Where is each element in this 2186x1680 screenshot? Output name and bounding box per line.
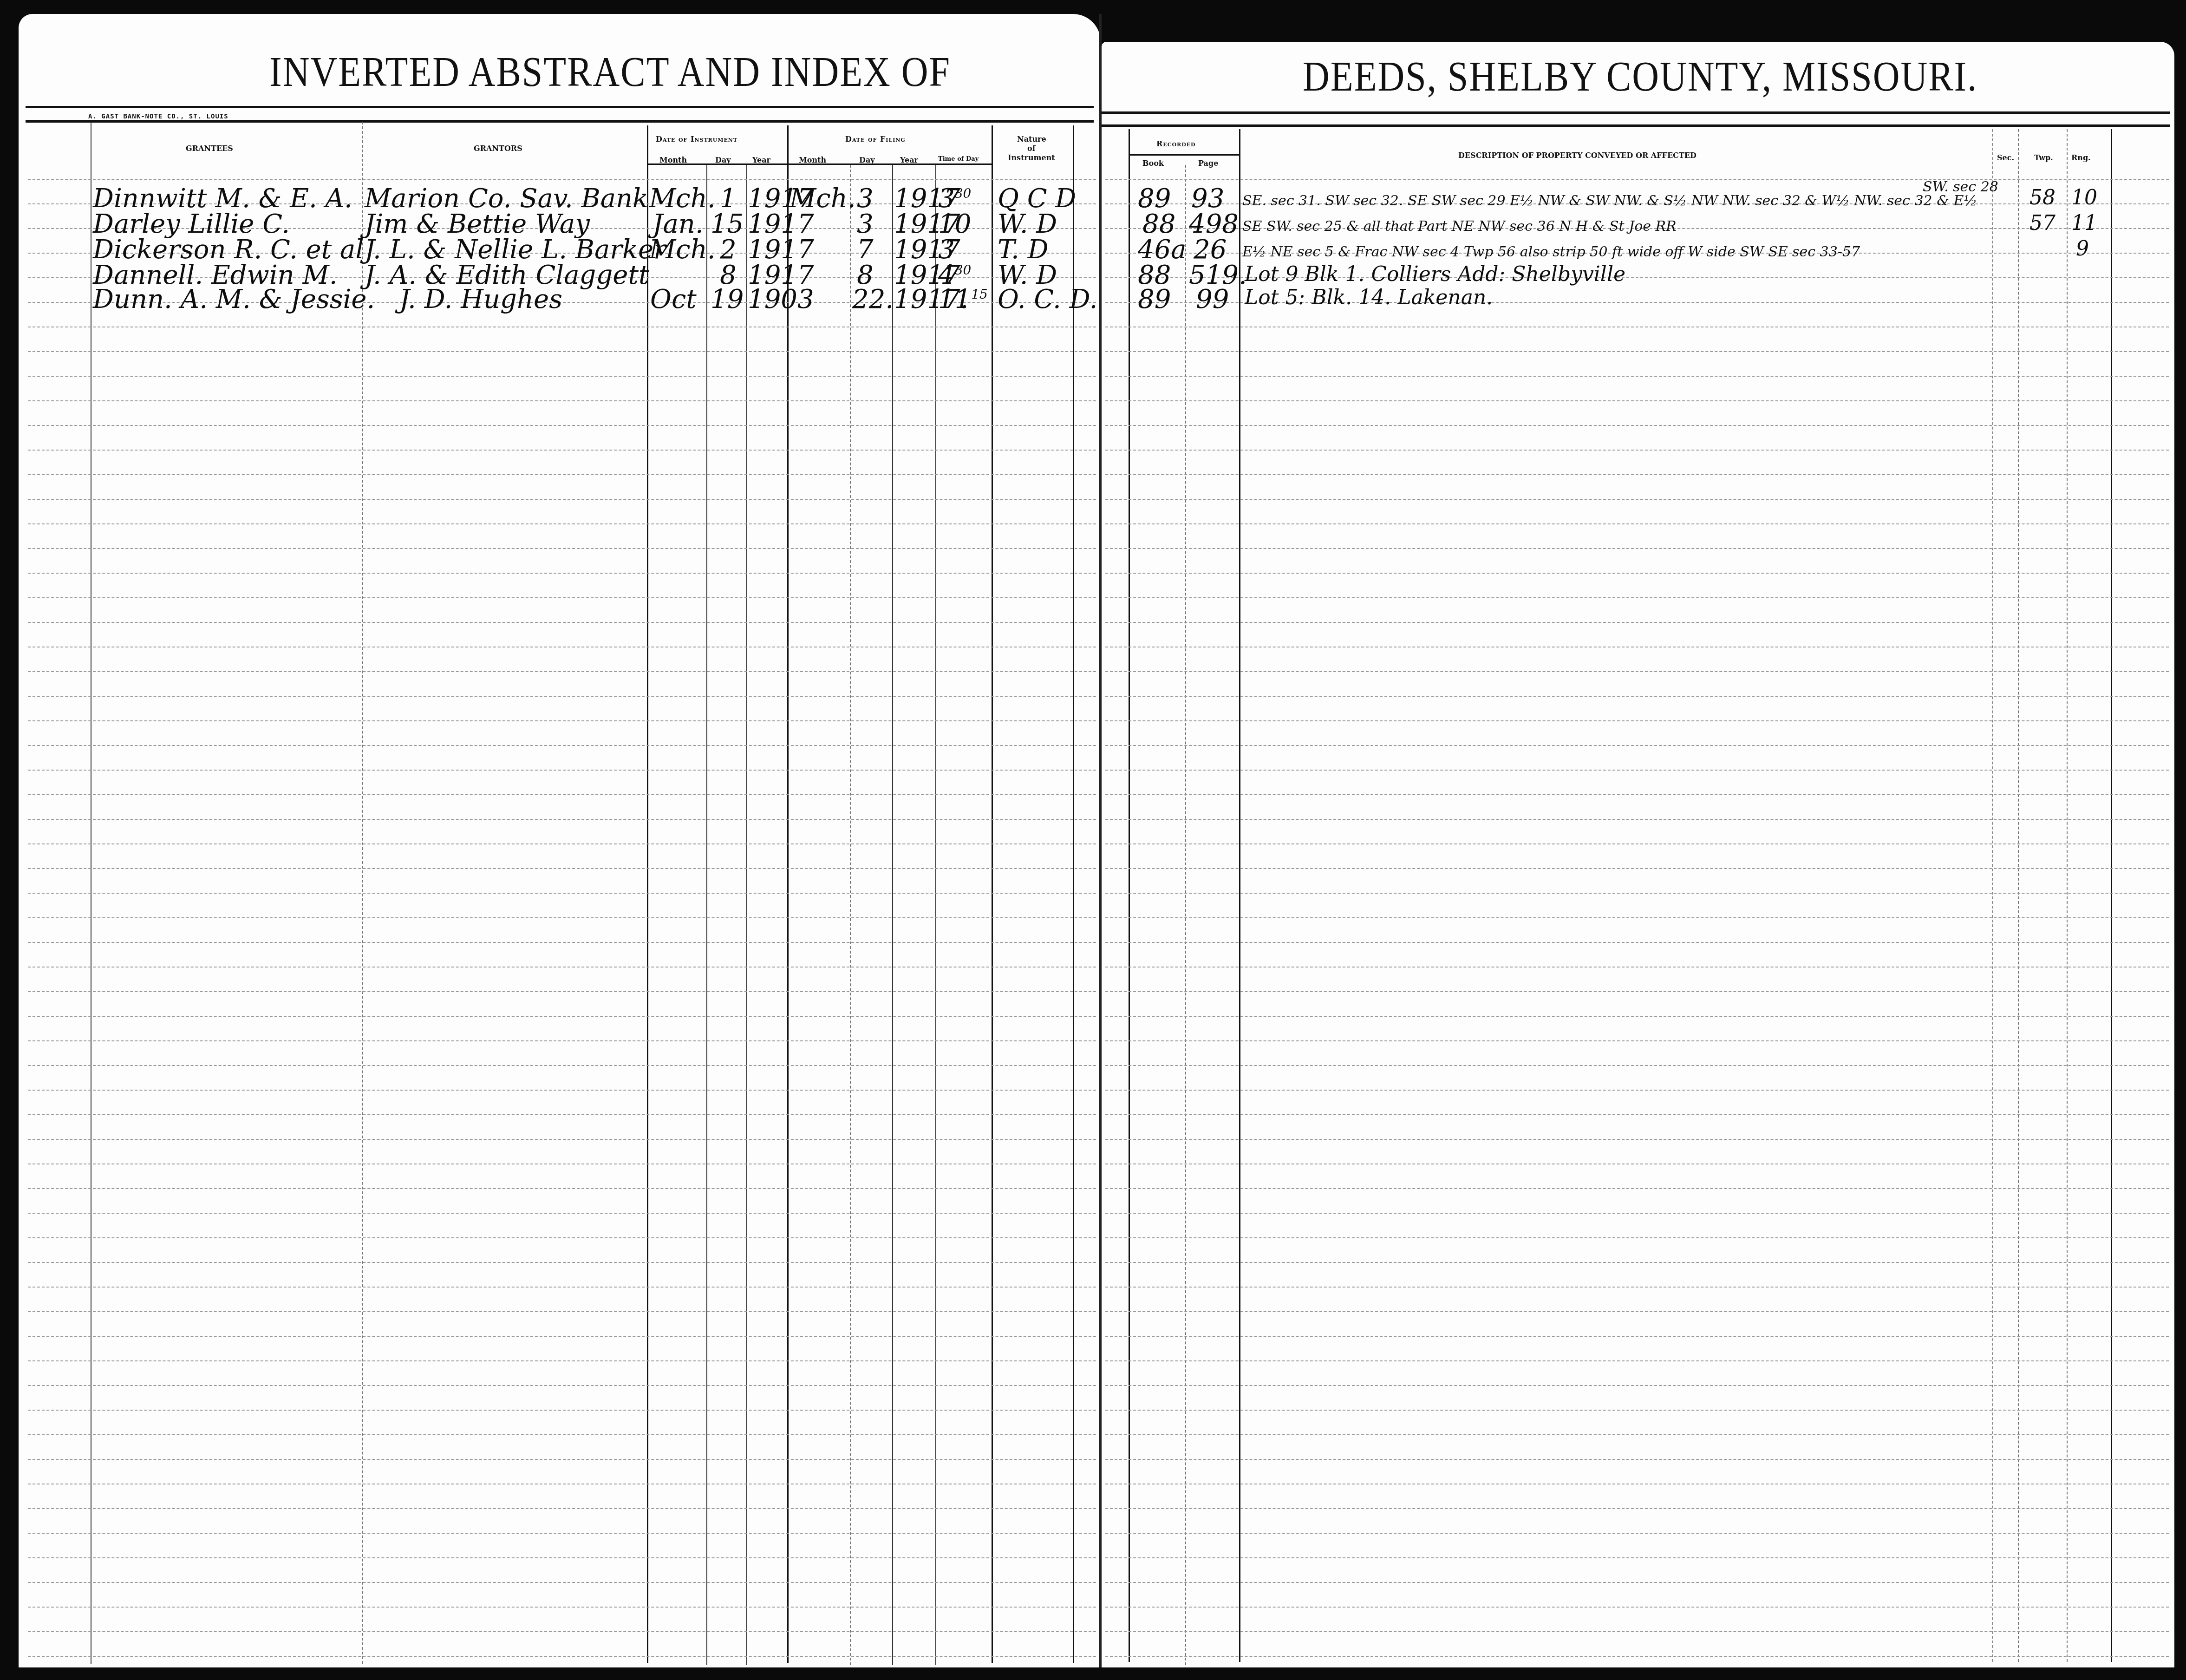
header-rng: Rng. (2071, 153, 2091, 162)
rng: 9 (2076, 237, 2089, 261)
twp-divider (2018, 129, 2019, 1662)
ruled-line (28, 1065, 1096, 1066)
ruled-line (28, 1188, 1096, 1189)
nature-right-border (1073, 125, 1074, 1663)
ruled-line (1105, 1213, 2169, 1214)
ruled-line (1105, 720, 2169, 721)
ruled-line (28, 720, 1096, 721)
ruled-line (28, 573, 1096, 574)
fil-time-hour: 11 (938, 284, 971, 314)
ruled-line (1105, 1237, 2169, 1238)
book-gutter (1099, 14, 1102, 1667)
ruled-line (28, 819, 1096, 820)
ruled-line (1105, 376, 2169, 377)
fil-time-minutes: 15 (971, 287, 988, 302)
ruled-line (1105, 1336, 2169, 1337)
rng: 10 (2071, 186, 2097, 209)
ruled-line (1105, 696, 2169, 697)
ruled-line (28, 843, 1096, 844)
ruled-line (1105, 868, 2169, 869)
ruled-line (1105, 991, 2169, 992)
ruled-line (28, 1114, 1096, 1115)
ruled-line (1105, 1164, 2169, 1164)
ruled-line (28, 1607, 1096, 1608)
ruled-line (1105, 597, 2169, 598)
header-recorded: Recorded (1156, 139, 1196, 148)
header-grantees: GRANTEES (186, 144, 233, 153)
book-page-divider (1185, 165, 1186, 1665)
ruled-line (28, 474, 1096, 475)
ruled-line (28, 917, 1096, 918)
inst-month: Mch. (649, 235, 716, 265)
ruled-line (1105, 1582, 2169, 1583)
ruled-line (28, 1385, 1096, 1386)
ruled-line (28, 597, 1096, 598)
rng-right-border (2111, 129, 2112, 1662)
ruled-line (28, 1040, 1096, 1041)
ruled-line (1105, 523, 2169, 524)
ruled-line (28, 1336, 1096, 1337)
description: Lot 5: Blk. 14. Lakenan. (1245, 286, 1493, 309)
ruled-line (28, 400, 1096, 401)
page-title-right: DEEDS, SHELBY COUNTY, MISSOURI. (1303, 52, 1977, 101)
ruled-line (1105, 1311, 2169, 1312)
ruled-line (1105, 671, 2169, 672)
ruled-line (1105, 1040, 2169, 1041)
rng-divider (2067, 129, 2068, 1662)
ruled-line (28, 1459, 1096, 1460)
header-page: Page (1198, 159, 1218, 168)
sec-divider (1992, 129, 1993, 1662)
header-nature-1: Nature (1017, 135, 1046, 144)
fil-day: 22. (852, 284, 894, 314)
ruled-line (28, 1262, 1096, 1263)
ruled-line (28, 1287, 1096, 1288)
header-fil-year: Year (900, 156, 918, 164)
ruled-line (1105, 1360, 2169, 1361)
ruled-line (28, 1311, 1096, 1312)
ruled-line (1105, 573, 2169, 574)
ruled-line (28, 351, 1096, 352)
ruled-line (1105, 400, 2169, 401)
header-grantors: GRANTORS (474, 144, 522, 153)
header-rule-bottom-right (1102, 124, 2170, 127)
ruled-line (1105, 1262, 2169, 1263)
ruled-line (1105, 548, 2169, 549)
ruled-line (1105, 745, 2169, 746)
ruled-line (28, 770, 1096, 771)
col-divider (706, 165, 707, 1665)
ruled-line (1105, 450, 2169, 451)
ruled-line (1105, 1484, 2169, 1484)
col-divider (850, 165, 851, 1665)
description: SE SW. sec 25 & all that Part NE NW sec … (1242, 218, 1677, 235)
ruled-line (28, 622, 1096, 623)
ruled-line (28, 647, 1096, 647)
description-note: SW. sec 28 (1923, 179, 1998, 195)
ruled-line (28, 1090, 1096, 1091)
ruled-line (28, 794, 1096, 795)
header-time-of-day: Time of Day (938, 156, 979, 163)
ruled-line (28, 450, 1096, 451)
ruled-line (28, 696, 1096, 697)
ruled-line (1105, 1114, 2169, 1115)
ruled-line (1105, 1065, 2169, 1066)
description: E½ NE sec 5 & Frac NW sec 4 Twp 56 also … (1242, 244, 1860, 260)
ruled-line (1105, 942, 2169, 943)
ruled-line (28, 1237, 1096, 1238)
ruled-line (1105, 770, 2169, 771)
ruled-line (1105, 967, 2169, 967)
ruled-line (28, 1360, 1096, 1361)
header-date-filing: Date of Filing (845, 135, 906, 144)
ruled-line (28, 893, 1096, 894)
header-fil-month: Month (799, 156, 826, 164)
ruled-line (28, 179, 1096, 180)
header-book: Book (1142, 159, 1164, 168)
ruled-line (28, 1557, 1096, 1558)
book: 89 (1138, 284, 1171, 314)
ruled-line (1105, 1557, 2169, 1558)
nature-left-border (992, 125, 993, 1663)
ruled-line (1105, 647, 2169, 647)
header-nature-2: of (1027, 144, 1036, 153)
page: 99 (1196, 284, 1229, 314)
ruled-line (28, 1164, 1096, 1164)
ruled-line (1105, 1656, 2169, 1657)
grantee: Dunn. A. M. & Jessie. (93, 284, 375, 314)
fil-time: 1115 (938, 284, 988, 314)
ruled-line (1105, 1016, 2169, 1017)
ruled-line (1105, 1631, 2169, 1632)
ruled-line (1105, 893, 2169, 894)
ruled-line (1105, 1090, 2169, 1091)
col-divider (935, 165, 936, 1665)
ruled-line (1105, 1188, 2169, 1189)
ruled-line (1105, 843, 2169, 844)
ruled-line (28, 1533, 1096, 1534)
twp: 57 (2029, 211, 2055, 235)
ruled-line (1105, 327, 2169, 327)
ruled-line (1105, 351, 2169, 352)
header-rule-top-left (26, 106, 1094, 108)
header-nature-3: Instrument (1008, 153, 1055, 162)
ruled-line (1105, 1287, 2169, 1288)
ruled-line (1105, 622, 2169, 623)
col-divider (892, 165, 893, 1665)
ruled-line (28, 376, 1096, 377)
ruled-line (28, 1213, 1096, 1214)
header-inst-day: Day (715, 156, 731, 164)
header-fil-day: Day (859, 156, 875, 164)
fil-time-minutes: 30 (955, 262, 972, 278)
printer-imprint: A. GAST BANK-NOTE CO., ST. LOUIS (88, 113, 228, 120)
ruled-line (28, 1410, 1096, 1411)
ruled-line (28, 1582, 1096, 1583)
description: Lot 9 Blk 1. Colliers Add: Shelbyville (1245, 262, 1625, 286)
inst-day: 19 (711, 284, 744, 314)
header-twp: Twp. (2034, 153, 2053, 162)
ruled-line (1105, 179, 2169, 180)
ruled-line (1105, 1139, 2169, 1140)
recorded-left-border (1129, 129, 1130, 1662)
header-inst-month: Month (659, 156, 687, 164)
date-instrument-left-border (647, 125, 648, 1663)
description-left-border (1239, 129, 1240, 1662)
ruled-line (1105, 1434, 2169, 1435)
ruled-line (28, 1484, 1096, 1484)
header-date-instrument: Date of Instrument (656, 135, 737, 144)
ruled-line (28, 991, 1096, 992)
page-title-left: INVERTED ABSTRACT AND INDEX OF (269, 48, 951, 97)
ruled-line (1105, 917, 2169, 918)
ruled-line (28, 523, 1096, 524)
header-rule-top-right (1102, 111, 2170, 114)
ruled-line (1105, 425, 2169, 426)
ruled-line (1105, 794, 2169, 795)
ruled-line (1105, 474, 2169, 475)
ruled-line (28, 1508, 1096, 1509)
inst-year: 1903 (748, 284, 814, 314)
ruled-line (1105, 499, 2169, 500)
ruled-line (1105, 1533, 2169, 1534)
recorded-header-divider (1129, 154, 1239, 156)
date-filing-left-border (787, 125, 789, 1663)
twp: 58 (2029, 186, 2055, 209)
ruled-line (28, 499, 1096, 500)
ruled-line (1105, 819, 2169, 820)
inst-month: Oct (650, 284, 697, 314)
col-divider (746, 165, 747, 1665)
ruled-line (28, 1139, 1096, 1140)
header-sec: Sec. (1997, 153, 2014, 162)
nature: O. C. D. (998, 284, 1097, 314)
fil-time-minutes: 30 (955, 186, 972, 201)
ruled-line (1105, 1459, 2169, 1460)
ruled-line (1105, 1607, 2169, 1608)
header-inst-year: Year (752, 156, 770, 164)
ruled-line (1105, 1508, 2169, 1509)
ruled-line (28, 1656, 1096, 1657)
ruled-line (28, 1631, 1096, 1632)
ruled-line (28, 548, 1096, 549)
ruled-line (1105, 1385, 2169, 1386)
ruled-line (28, 1016, 1096, 1017)
ruled-line (28, 425, 1096, 426)
ruled-line (28, 942, 1096, 943)
ruled-line (1105, 1410, 2169, 1411)
header-description: DESCRIPTION OF PROPERTY CONVEYED OR AFFE… (1458, 151, 1697, 160)
ruled-line (28, 745, 1096, 746)
ruled-line (28, 868, 1096, 869)
description: SE. sec 31. SW sec 32. SE SW sec 29 E½ N… (1242, 193, 1977, 209)
rng: 11 (2071, 211, 2097, 235)
ruled-line (28, 671, 1096, 672)
ruled-line (28, 327, 1096, 327)
ruled-line (28, 967, 1096, 967)
ruled-line (28, 1434, 1096, 1435)
grantor: J. D. Hughes (399, 284, 562, 314)
